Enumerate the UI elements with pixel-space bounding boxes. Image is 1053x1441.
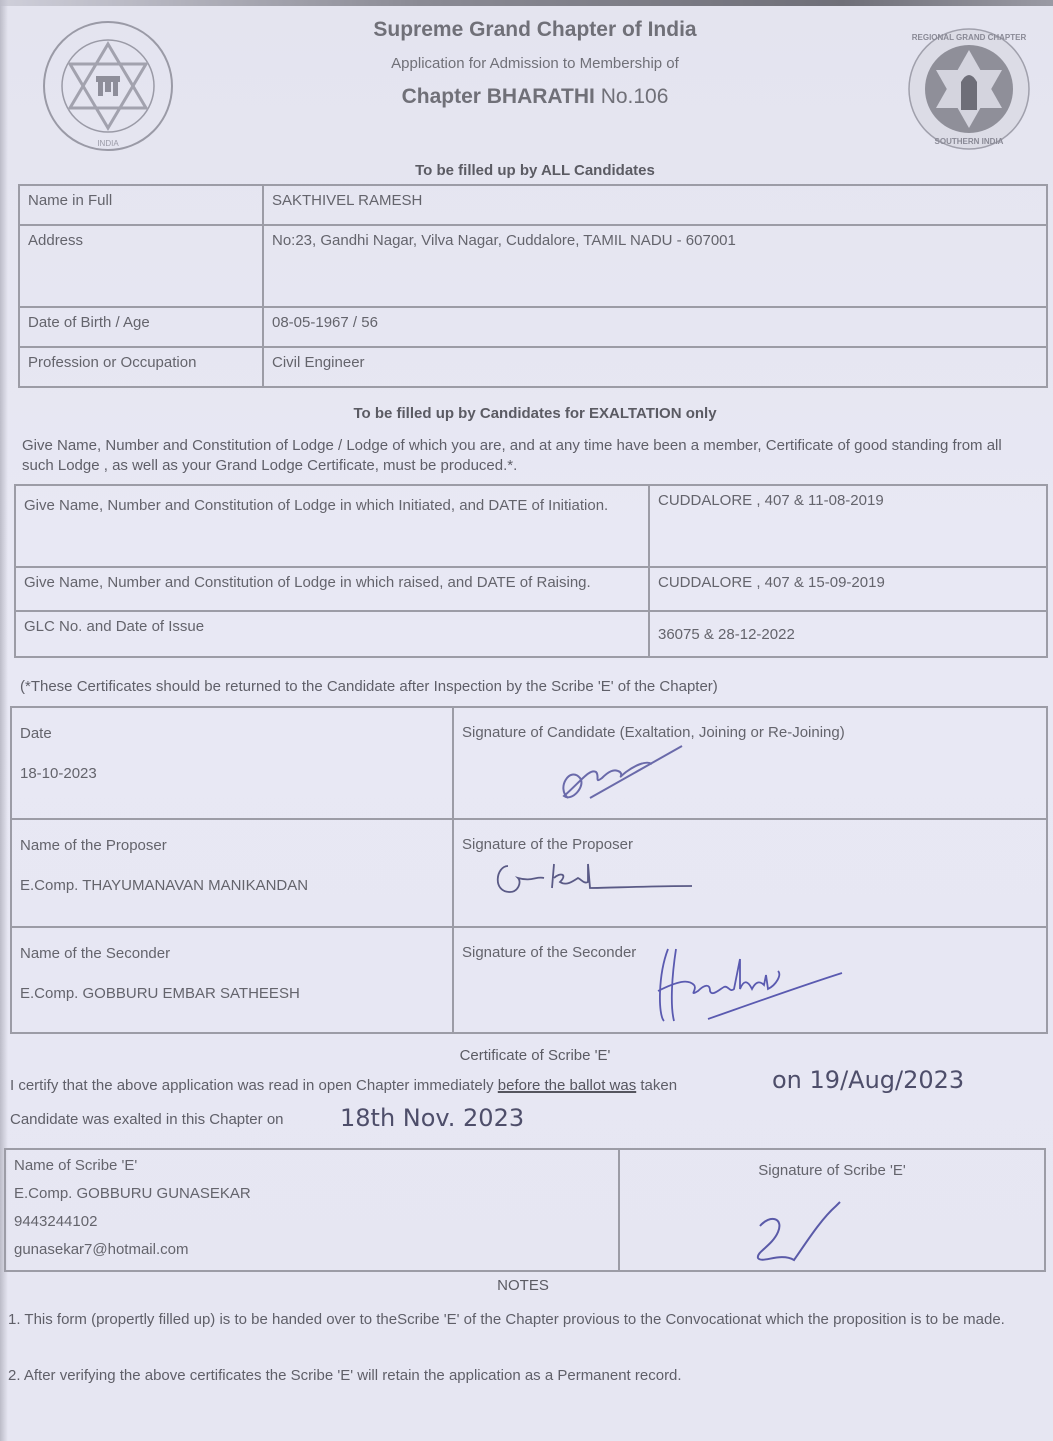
right-seal: REGIONAL GRAND CHAPTER SOUTHERN INDIA xyxy=(906,26,1032,152)
raising-label: Give Name, Number and Constitution of Lo… xyxy=(15,567,649,611)
exaltation-heading: To be filled up by Candidates for EXALTA… xyxy=(300,405,770,422)
candidate-signature-label: Signature of Candidate (Exaltation, Join… xyxy=(462,724,1038,741)
date-label: Date xyxy=(20,714,444,754)
initiation-label: Give Name, Number and Constitution of Lo… xyxy=(15,485,649,567)
svg-text:INDIA: INDIA xyxy=(97,139,119,148)
seconder-cell: Name of the Seconder E.Comp. GOBBURU EMB… xyxy=(11,927,453,1033)
star-of-david-triple-tau-icon: INDIA xyxy=(40,18,176,154)
table-row: Name of the Seconder E.Comp. GOBBURU EMB… xyxy=(11,927,1047,1033)
notes-heading: NOTES xyxy=(300,1277,746,1294)
address-label: Address xyxy=(19,225,263,307)
table-row: Give Name, Number and Constitution of Lo… xyxy=(15,567,1047,611)
photo-edge-shadow xyxy=(0,0,1053,6)
exalted-date[interactable]: 18th Nov. 2023 xyxy=(340,1104,524,1132)
address-value[interactable]: No:23, Gandhi Nagar, Vilva Nagar, Cuddal… xyxy=(263,225,1047,307)
scribe-name-label: Name of Scribe 'E' xyxy=(14,1152,610,1180)
name-value[interactable]: SAKTHIVEL RAMESH xyxy=(263,185,1047,225)
proposer-signature xyxy=(488,852,698,898)
candidate-signature-cell[interactable]: Signature of Candidate (Exaltation, Join… xyxy=(453,707,1047,819)
exaltation-instruction: Give Name, Number and Constitution of Lo… xyxy=(22,436,1037,476)
seconder-value[interactable]: E.Comp. GOBBURU EMBAR SATHEESH xyxy=(20,974,444,1014)
scribe-details-cell: Name of Scribe 'E' E.Comp. GOBBURU GUNAS… xyxy=(5,1149,619,1271)
lodge-details-table: Give Name, Number and Constitution of Lo… xyxy=(14,484,1048,658)
certify-underlined: before the ballot was xyxy=(498,1077,636,1094)
seconder-label: Name of the Seconder xyxy=(20,934,444,974)
certify-text: I certify that the above application was… xyxy=(10,1077,494,1094)
glc-value[interactable]: 36075 & 28-12-2022 xyxy=(649,611,1047,657)
ballot-date[interactable]: on 19/Aug/2023 xyxy=(772,1066,964,1094)
candidate-signature xyxy=(550,738,690,810)
table-row: Give Name, Number and Constitution of Lo… xyxy=(15,485,1047,567)
left-seal: INDIA xyxy=(40,18,176,154)
proposer-label: Name of the Proposer xyxy=(20,826,444,866)
scribe-email[interactable]: gunasekar7@hotmail.com xyxy=(14,1236,610,1264)
occupation-value[interactable]: Civil Engineer xyxy=(263,347,1047,387)
name-label: Name in Full xyxy=(19,185,263,225)
note-1: 1. This form (propertly filled up) is to… xyxy=(8,1310,1040,1330)
note-2: 2. After verifying the above certificate… xyxy=(8,1366,1040,1386)
org-title: Supreme Grand Chapter of India xyxy=(300,18,770,42)
proposer-signature-label: Signature of the Proposer xyxy=(462,836,1038,853)
date-value[interactable]: 18-10-2023 xyxy=(20,754,444,794)
glc-label: GLC No. and Date of Issue xyxy=(15,611,649,657)
svg-text:REGIONAL GRAND CHAPTER: REGIONAL GRAND CHAPTER xyxy=(912,33,1027,42)
scribe-signature-label: Signature of Scribe 'E' xyxy=(628,1162,1036,1179)
scribe-phone[interactable]: 9443244102 xyxy=(14,1208,610,1236)
table-row: Name in Full SAKTHIVEL RAMESH xyxy=(19,185,1047,225)
scribe-certificate-heading: Certificate of Scribe 'E' xyxy=(300,1047,770,1064)
all-candidates-heading: To be filled up by ALL Candidates xyxy=(300,162,770,179)
svg-text:SOUTHERN INDIA: SOUTHERN INDIA xyxy=(935,137,1004,146)
dob-label: Date of Birth / Age xyxy=(19,307,263,347)
initiation-value[interactable]: CUDDALORE , 407 & 11-08-2019 xyxy=(649,485,1047,567)
form-subtitle: Application for Admission to Membership … xyxy=(300,55,770,72)
table-row: Date 18-10-2023 Signature of Candidate (… xyxy=(11,707,1047,819)
occupation-label: Profession or Occupation xyxy=(19,347,263,387)
star-arch-icon: REGIONAL GRAND CHAPTER SOUTHERN INDIA xyxy=(906,26,1032,152)
date-cell: Date 18-10-2023 xyxy=(11,707,453,819)
table-row: Date of Birth / Age 08-05-1967 / 56 xyxy=(19,307,1047,347)
exalted-text: Candidate was exalted in this Chapter on xyxy=(10,1110,284,1130)
table-row: Address No:23, Gandhi Nagar, Vilva Nagar… xyxy=(19,225,1047,307)
chapter-number: No.106 xyxy=(601,85,669,108)
proposer-value[interactable]: E.Comp. THAYUMANAVAN MANIKANDAN xyxy=(20,866,444,906)
chapter-title: Chapter BHARATHI No.106 xyxy=(300,85,770,109)
raising-value[interactable]: CUDDALORE , 407 & 15-09-2019 xyxy=(649,567,1047,611)
certify-statement: I certify that the above application was… xyxy=(10,1076,677,1096)
candidate-details-table: Name in Full SAKTHIVEL RAMESH Address No… xyxy=(18,184,1048,388)
chapter-name: Chapter BHARATHI xyxy=(402,85,595,108)
seconder-signature xyxy=(648,945,848,1025)
scribe-name[interactable]: E.Comp. GOBBURU GUNASEKAR xyxy=(14,1180,610,1208)
certify-tail: taken xyxy=(640,1077,677,1094)
proposer-cell: Name of the Proposer E.Comp. THAYUMANAVA… xyxy=(11,819,453,927)
table-row: Profession or Occupation Civil Engineer xyxy=(19,347,1047,387)
dob-value[interactable]: 08-05-1967 / 56 xyxy=(263,307,1047,347)
scribe-signature xyxy=(750,1196,890,1266)
certificates-footnote: (*These Certificates should be returned … xyxy=(20,677,1020,697)
table-row: GLC No. and Date of Issue 36075 & 28-12-… xyxy=(15,611,1047,657)
